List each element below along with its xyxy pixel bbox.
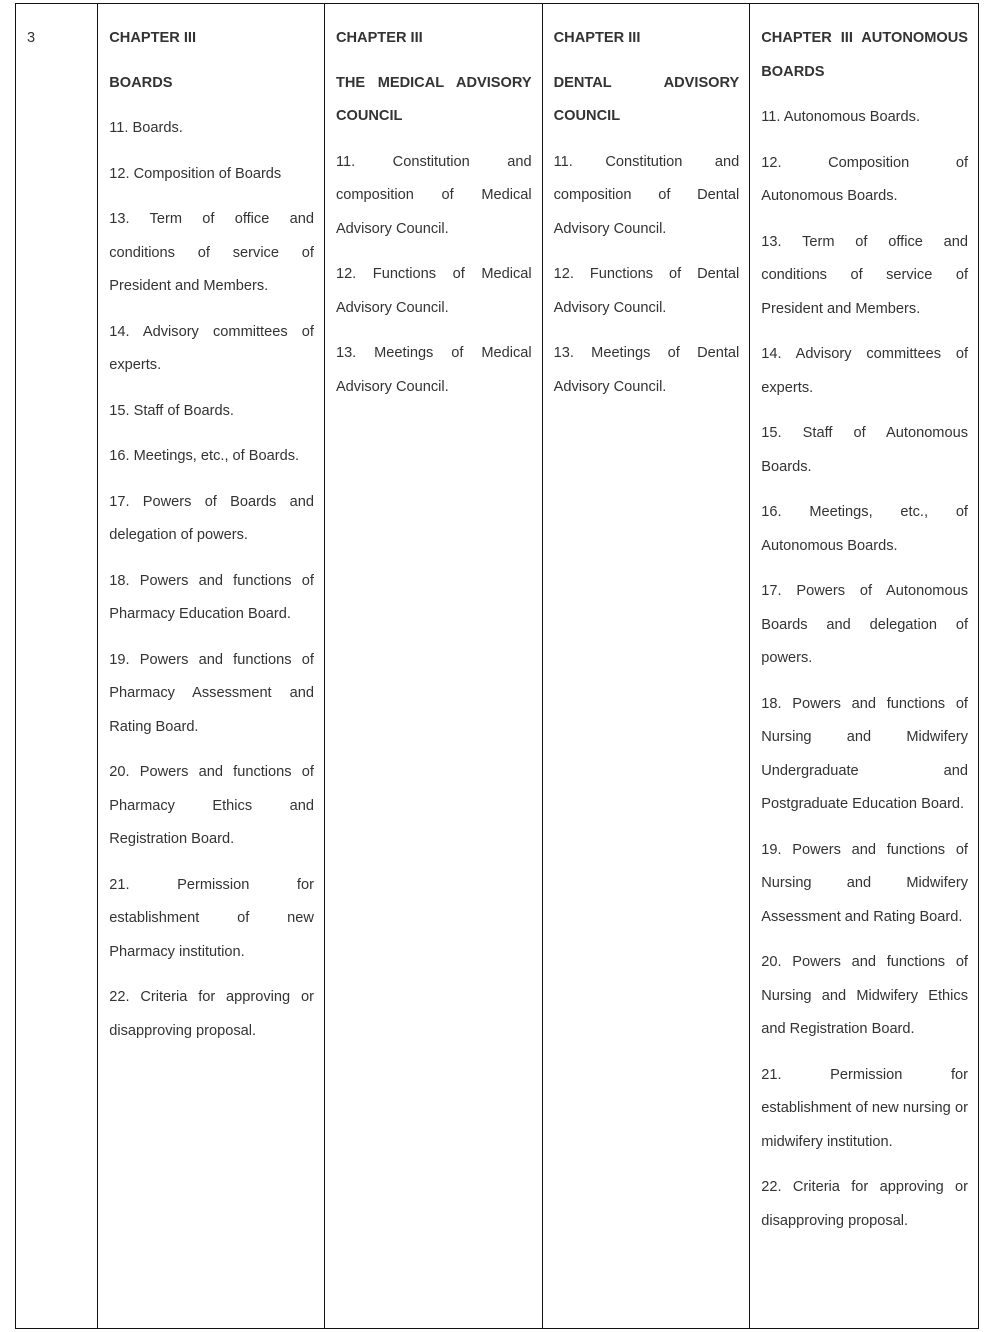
chapter-heading: CHAPTER III [109,22,314,56]
section-item: 18. Powers and functions of Pharmacy Edu… [109,565,314,632]
serial-cell: 3 [16,4,98,1329]
section-item: 16. Meetings, etc., of Autonomous Boards… [761,496,968,563]
section-heading: THE MEDICAL ADVISORY COUNCIL [336,67,532,134]
section-item: 20. Powers and functions of Nursing and … [761,946,968,1047]
section-item: 11. Constitution and composition of Dent… [554,146,740,247]
boards-chapter-cell: CHAPTER IIIBOARDS11. Boards.12. Composit… [98,4,325,1329]
section-item: 12. Functions of Dental Advisory Council… [554,258,740,325]
section-item: 21. Permission for establishment of new … [109,869,314,970]
table-row: 3 CHAPTER IIIBOARDS11. Boards.12. Compos… [16,4,979,1329]
section-item: 13. Meetings of Dental Advisory Council. [554,337,740,404]
section-item: 19. Powers and functions of Nursing and … [761,834,968,935]
section-heading: BOARDS [109,67,314,101]
section-item: 12. Composition of Autonomous Boards. [761,147,968,214]
section-item: 21. Permission for establishment of new … [761,1059,968,1160]
serial-number: 3 [27,22,87,56]
section-item: 13. Term of office and conditions of ser… [761,226,968,327]
section-heading: CHAPTER III AUTONOMOUS BOARDS [761,22,968,89]
section-item: 14. Advisory committees of experts. [109,316,314,383]
section-item: 22. Criteria for approving or disapprovi… [109,981,314,1048]
section-item: 11. Autonomous Boards. [761,101,968,135]
medical-advisory-council-cell: CHAPTER IIITHE MEDICAL ADVISORY COUNCIL1… [324,4,542,1329]
dental-advisory-council-cell: CHAPTER IIIDENTAL ADVISORY COUNCIL11. Co… [542,4,750,1329]
section-item: 17. Powers of Autonomous Boards and dele… [761,575,968,676]
section-item: 11. Boards. [109,112,314,146]
section-item: 12. Composition of Boards [109,158,314,192]
autonomous-boards-cell: CHAPTER III AUTONOMOUS BOARDS11. Autonom… [750,4,979,1329]
section-item: 14. Advisory committees of experts. [761,338,968,405]
section-item: 15. Staff of Autonomous Boards. [761,417,968,484]
section-item: 19. Powers and functions of Pharmacy Ass… [109,644,314,745]
section-item: 12. Functions of Medical Advisory Counci… [336,258,532,325]
section-item: 16. Meetings, etc., of Boards. [109,440,314,474]
section-item: 20. Powers and functions of Pharmacy Eth… [109,756,314,857]
comparison-table: 3 CHAPTER IIIBOARDS11. Boards.12. Compos… [15,3,979,1329]
section-item: 15. Staff of Boards. [109,395,314,429]
chapter-heading: CHAPTER III [554,22,740,56]
section-item: 17. Powers of Boards and delegation of p… [109,486,314,553]
chapter-heading: CHAPTER III [336,22,532,56]
section-heading: DENTAL ADVISORY COUNCIL [554,67,740,134]
section-item: 22. Criteria for approving or disapprovi… [761,1171,968,1238]
section-item: 13. Term of office and conditions of ser… [109,203,314,304]
section-item: 11. Constitution and composition of Medi… [336,146,532,247]
section-item: 18. Powers and functions of Nursing and … [761,688,968,822]
section-item: 13. Meetings of Medical Advisory Council… [336,337,532,404]
